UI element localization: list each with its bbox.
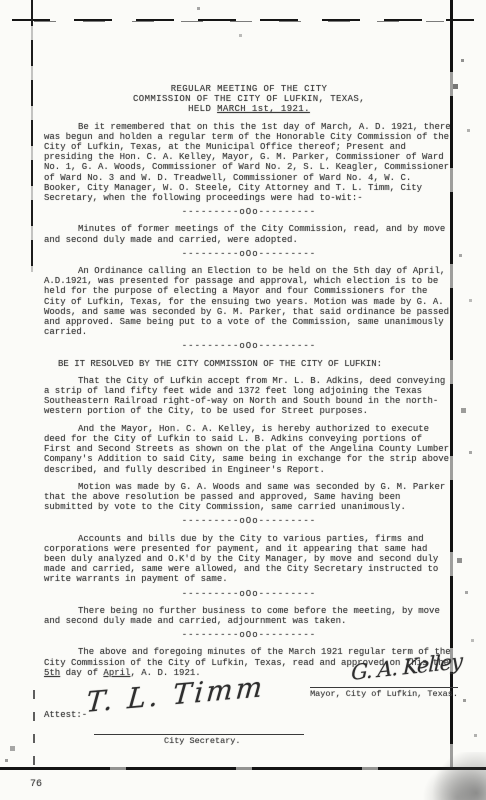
top-rule-line-secondary xyxy=(34,21,444,22)
paragraph-accounts-bills: Accounts and bills due by the City to va… xyxy=(44,534,454,585)
scan-speckles xyxy=(0,0,1,1)
bottom-rule-line xyxy=(0,767,486,770)
title-held-prefix: HELD xyxy=(188,104,217,114)
section-separator: ---------oOo--------- xyxy=(44,341,454,351)
paragraph-minutes-adopted: Minutes of former meetings of the City C… xyxy=(44,224,454,244)
document-title: REGULAR MEETING OF THE CITY COMMISSION O… xyxy=(44,84,454,115)
scanned-page: REGULAR MEETING OF THE CITY COMMISSION O… xyxy=(0,0,486,800)
closing-approval-month: April xyxy=(103,668,130,678)
resolution-heading: BE IT RESOLVED BY THE CITY COMMISSION OF… xyxy=(44,359,454,369)
paragraph-resolution-motion: Motion was made by G. A. Woods and same … xyxy=(44,482,454,513)
paragraph-opening-record: Be it remembered that on this the 1st da… xyxy=(44,122,454,204)
title-line-1: REGULAR MEETING OF THE CITY xyxy=(44,84,454,94)
signature-block: G. A. Kelley Mayor, City of Lufkin, Texa… xyxy=(44,678,454,764)
title-line-3: HELD MARCH 1st, 1921. xyxy=(44,104,454,114)
closing-text-mid: day of xyxy=(60,668,103,678)
paragraph-mayor-authorization: And the Mayor, Hon. C. A. Kelley, is her… xyxy=(44,424,454,475)
section-separator: ---------oOo--------- xyxy=(44,207,454,217)
section-separator: ---------oOo--------- xyxy=(44,516,454,526)
secretary-signature: T. L. Timm xyxy=(86,682,266,708)
document-body: REGULAR MEETING OF THE CITY COMMISSION O… xyxy=(44,84,454,764)
left-margin-rule-lower xyxy=(33,690,35,770)
section-separator: ---------oOo--------- xyxy=(44,630,454,640)
paragraph-adjournment: There being no further business to come … xyxy=(44,606,454,626)
mayor-title-line: Mayor, City of Lufkin, Texas. xyxy=(310,687,458,699)
section-separator: ---------oOo--------- xyxy=(44,589,454,599)
closing-approval-day: 5th xyxy=(44,668,60,678)
paragraph-land-acceptance: That the City of Lufkin accept from Mr. … xyxy=(44,376,454,417)
section-separator: ---------oOo--------- xyxy=(44,249,454,259)
page-number: 76 xyxy=(30,779,42,790)
secretary-signature-line xyxy=(94,734,304,735)
title-meeting-date: MARCH 1st, 1921. xyxy=(217,104,310,114)
attest-label: Attest:- xyxy=(44,710,87,720)
left-margin-rule xyxy=(31,0,33,272)
title-line-2: COMMISSION OF THE CITY OF LUFKIN, TEXAS, xyxy=(44,94,454,104)
paragraph-election-ordinance: An Ordinance calling an Election to be h… xyxy=(44,266,454,337)
mayor-signature: G. A. Kelley xyxy=(351,656,462,678)
secretary-title-line: City Secretary. xyxy=(164,736,241,746)
